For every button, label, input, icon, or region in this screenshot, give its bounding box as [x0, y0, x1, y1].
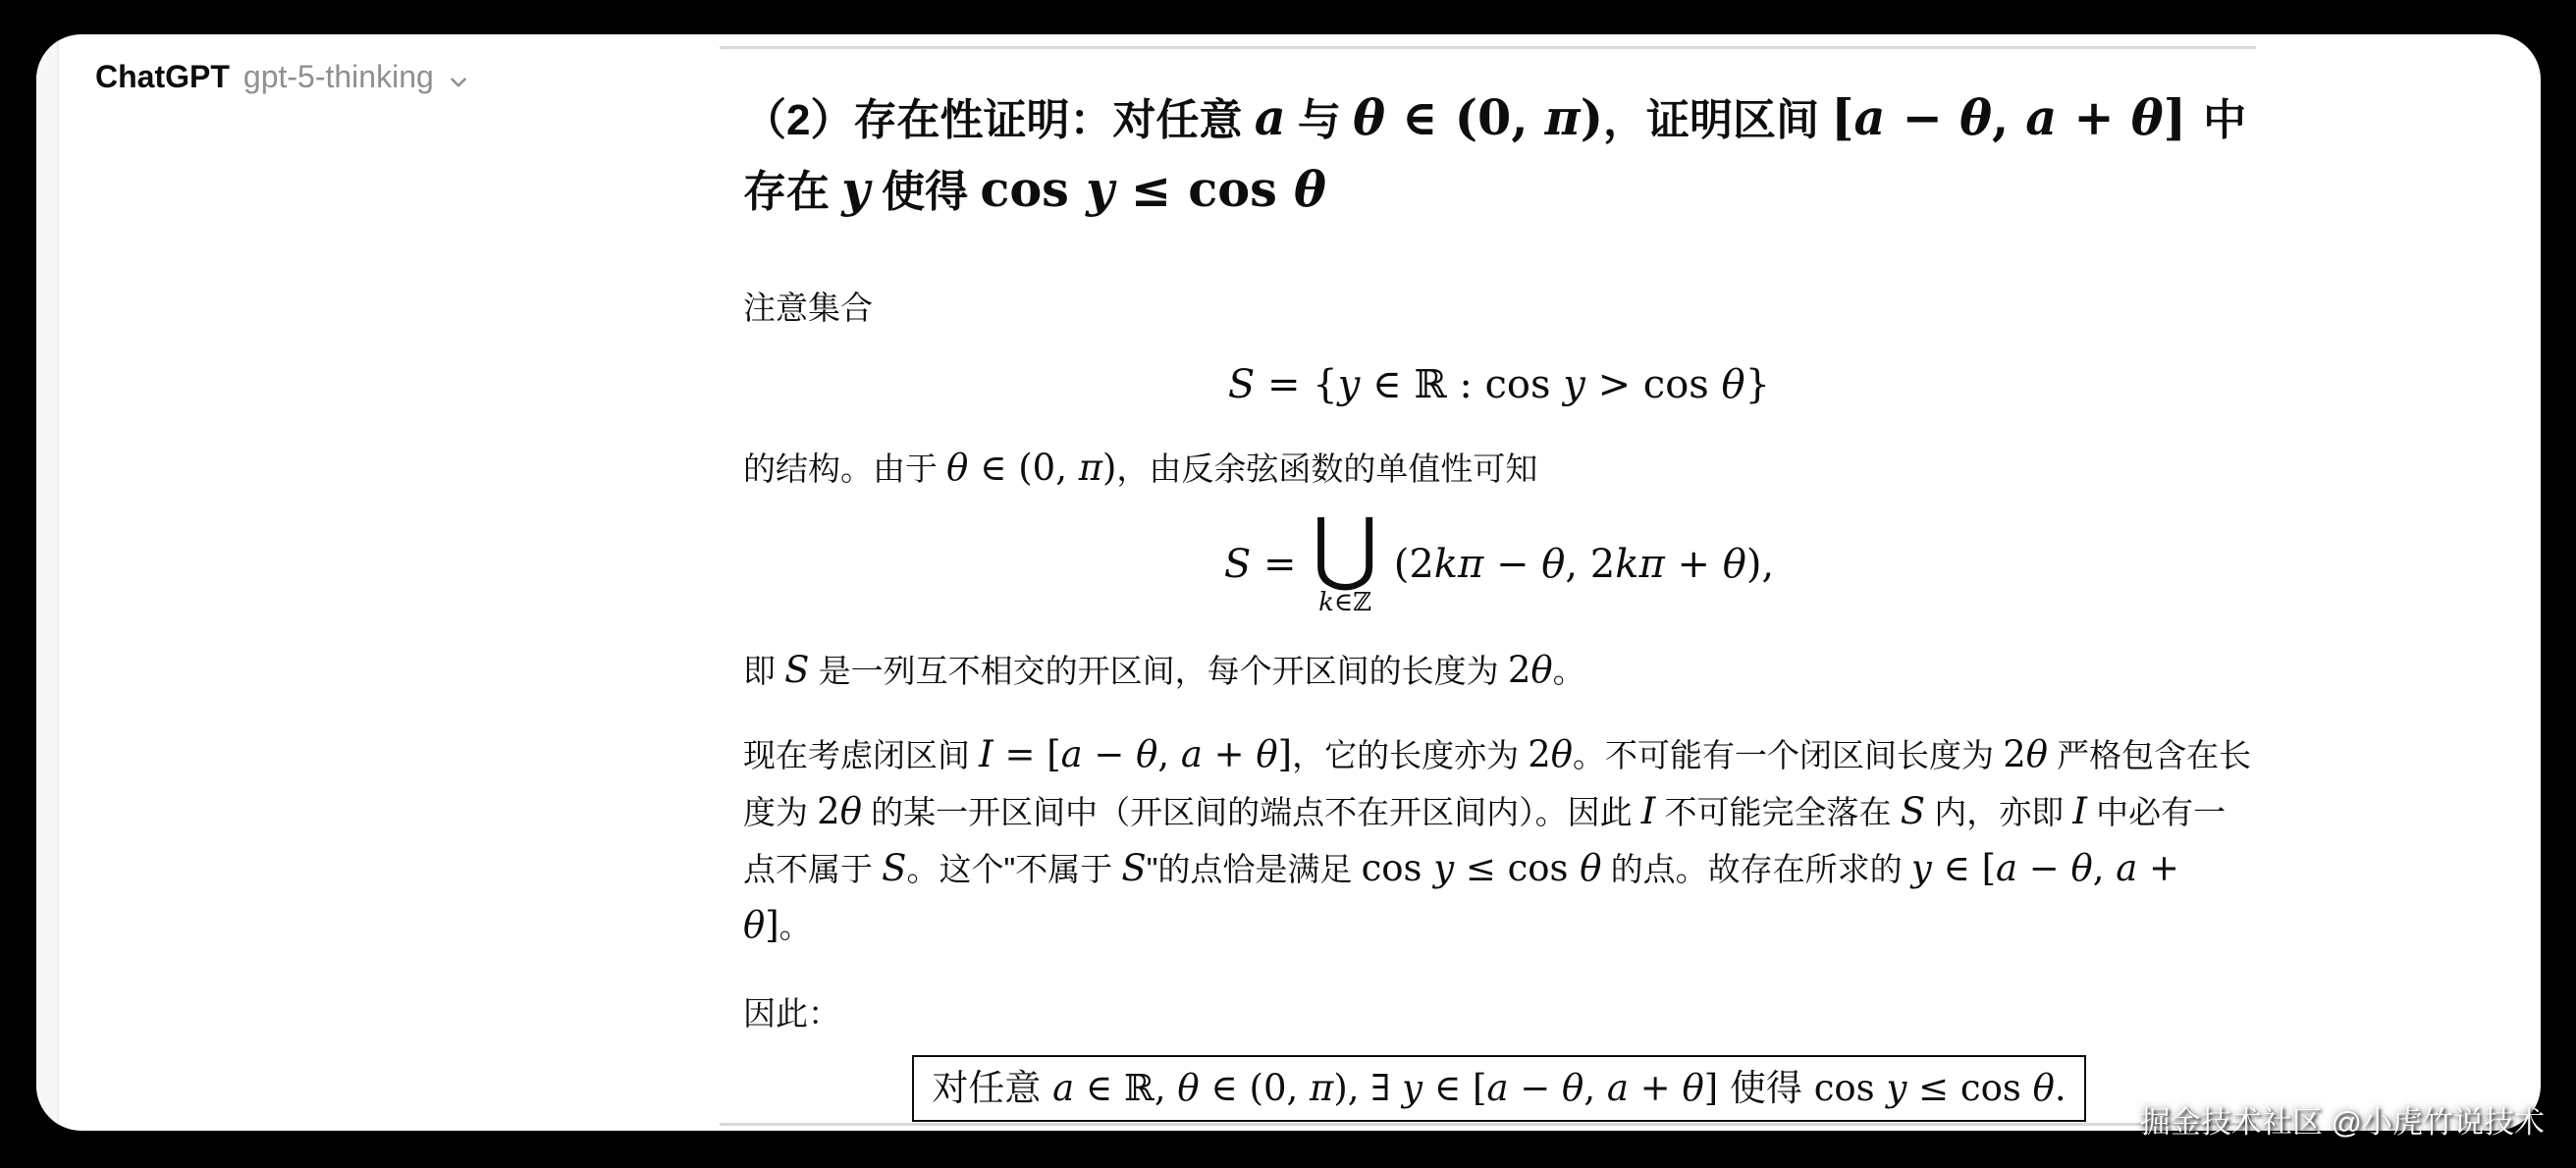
chevron-down-icon[interactable] [446, 64, 471, 89]
model-selector[interactable]: gpt-5-thinking [243, 56, 471, 97]
assistant-message: （2）存在性证明：对任意 a 与 θ ∈ (0, π)，证明区间 [a − θ,… [743, 83, 2255, 1122]
screen: ChatGPT gpt-5-thinking （2）存在性证明：对任意 a 与 … [0, 0, 2576, 1168]
boxed-result: 对任意 a ∈ ℝ, θ ∈ (0, π), ∃ y ∈ [a − θ, a +… [912, 1055, 2085, 1122]
sidebar-rail[interactable] [36, 34, 59, 1131]
message-heading: （2）存在性证明：对任意 a 与 θ ∈ (0, π)，证明区间 [a − θ,… [743, 83, 2255, 227]
app-panel: ChatGPT gpt-5-thinking （2）存在性证明：对任意 a 与 … [36, 34, 2541, 1131]
union-operator: ⋃ k∈ℤ [1312, 510, 1377, 618]
para-structure: 的结构。由于 θ ∈ (0, π)，由反余弦函数的单值性可知 [743, 440, 2255, 497]
para-intervals: 即 S 是一列互不相交的开区间，每个开区间的长度为 2θ。 [743, 642, 2255, 699]
app-name: ChatGPT [95, 56, 230, 97]
message-divider-top [720, 46, 2256, 49]
union-rhs: (2kπ − θ, 2kπ + θ), [1394, 539, 1774, 590]
model-name[interactable]: gpt-5-thinking [243, 56, 434, 97]
big-union-icon: ⋃ [1312, 510, 1377, 587]
para-therefore: 因此： [743, 985, 2255, 1041]
top-bar: ChatGPT gpt-5-thinking [95, 56, 471, 97]
watermark: 掘金技术社区 @小虎竹说技术 [2140, 1097, 2545, 1141]
formula-set-definition: S = {y ∈ ℝ : cos y > cos θ} [743, 359, 2255, 410]
para-main-argument: 现在考虑闭区间 I = [a − θ, a + θ]，它的长度亦为 2θ。不可能… [743, 726, 2255, 954]
para-intro: 注意集合 [743, 280, 2255, 336]
message-divider-bottom [720, 1123, 2256, 1126]
union-subscript: k∈ℤ [1318, 587, 1371, 618]
formula-conclusion: 对任意 a ∈ ℝ, θ ∈ (0, π), ∃ y ∈ [a − θ, a +… [743, 1055, 2255, 1122]
formula-union: S = ⋃ k∈ℤ (2kπ − θ, 2kπ + θ), [743, 510, 2255, 618]
union-lhs: S = [1224, 539, 1297, 590]
